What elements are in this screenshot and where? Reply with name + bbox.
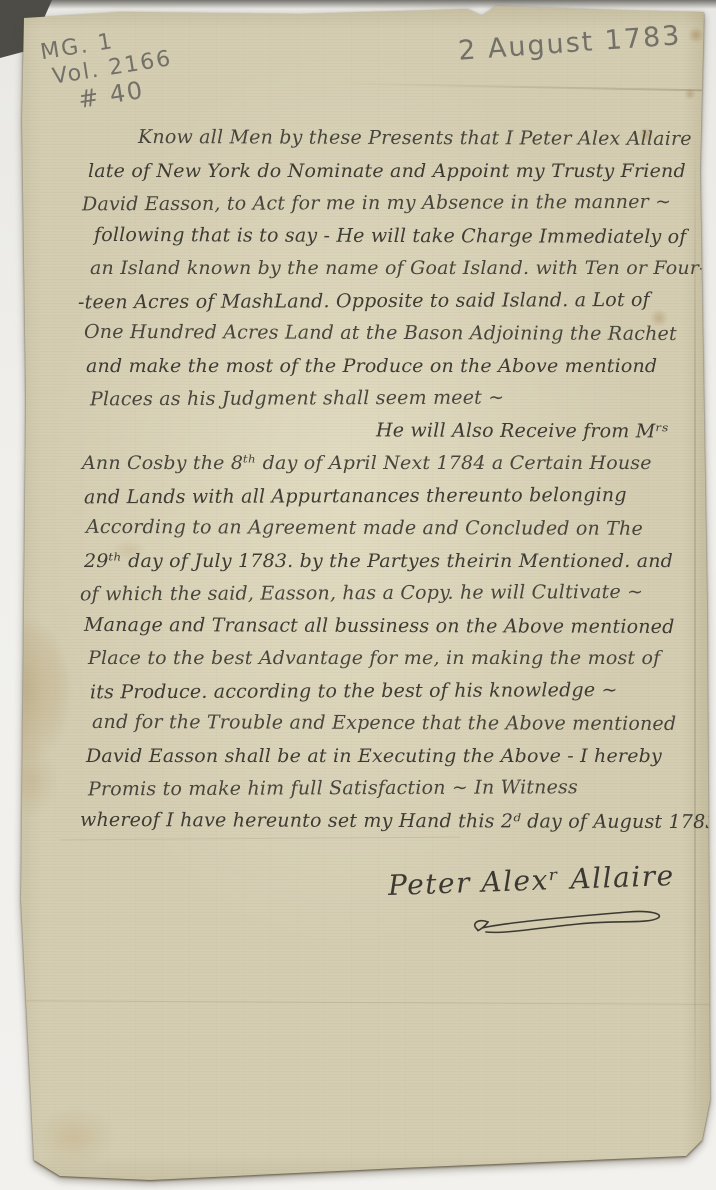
manuscript-line: and Lands with all Appurtanances thereun… xyxy=(84,478,700,513)
document-body: Know all Men by these Presents that I Pe… xyxy=(76,122,700,837)
manuscript-line: Places as his Judgment shall seem meet ~ xyxy=(90,381,700,416)
manuscript-line: Place to the best Advantage for me, in m… xyxy=(88,642,700,675)
fold-crease xyxy=(330,82,716,91)
manuscript-line: Promis to make him full Satisfaction ~ I… xyxy=(88,771,700,806)
manuscript-line: its Produce. according to the best of hi… xyxy=(90,673,700,708)
foxing-spot xyxy=(684,88,696,100)
foxing-spot xyxy=(688,26,704,44)
manuscript-line: 29ᵗʰ day of July 1783. by the Partyes th… xyxy=(84,545,700,578)
manuscript-line: an Island known by the name of Goat Isla… xyxy=(90,252,700,285)
fold-crease xyxy=(0,1000,716,1005)
scanned-manuscript-page: { "page": { "background_color": "#f0efeb… xyxy=(0,0,716,1190)
manuscript-line: Manage and Transact all bussiness on the… xyxy=(84,608,700,643)
manuscript-line: of which the said, Easson, has a Copy. h… xyxy=(80,576,700,611)
manuscript-line: Know all Men by these Presents that I Pe… xyxy=(138,121,700,155)
archival-reference-note: MG. 1 Vol. 2166 # 40 xyxy=(39,20,179,117)
manuscript-line: late of New York do Nominate and Appoint… xyxy=(88,155,700,188)
manuscript-line: Ann Cosby the 8ᵗʰ day of April Next 1784… xyxy=(82,447,700,480)
manuscript-line: following that is to say - He will take … xyxy=(94,218,700,253)
manuscript-line: He will Also Receive from Mʳˢ xyxy=(376,414,700,448)
water-stain xyxy=(34,1108,114,1166)
paper-sheet: MG. 1 Vol. 2166 # 40 2 August 1783 Know … xyxy=(0,0,716,1190)
date-annotation: 2 August 1783 xyxy=(457,20,682,67)
paper-sheet-wrapper: MG. 1 Vol. 2166 # 40 2 August 1783 Know … xyxy=(0,0,716,1190)
manuscript-line: whereof I have hereunto set my Hand this… xyxy=(80,803,700,838)
manuscript-line: -teen Acres of MashLand. Opposite to sai… xyxy=(78,283,700,318)
water-stain xyxy=(0,620,70,760)
manuscript-line: and for the Trouble and Expence that the… xyxy=(92,706,700,741)
signature-flourish xyxy=(468,902,668,944)
manuscript-line: David Easson, to Act for me in my Absenc… xyxy=(82,186,700,221)
manuscript-line: One Hundred Acres Land at the Bason Adjo… xyxy=(84,316,700,351)
manuscript-line: According to an Agreement made and Concl… xyxy=(86,511,700,546)
signature: Peter Alexʳ Allaire xyxy=(388,859,676,902)
manuscript-line: and make the most of the Produce on the … xyxy=(86,350,700,383)
manuscript-line: David Easson shall be at in Executing th… xyxy=(86,740,700,773)
water-stain xyxy=(6,745,58,815)
